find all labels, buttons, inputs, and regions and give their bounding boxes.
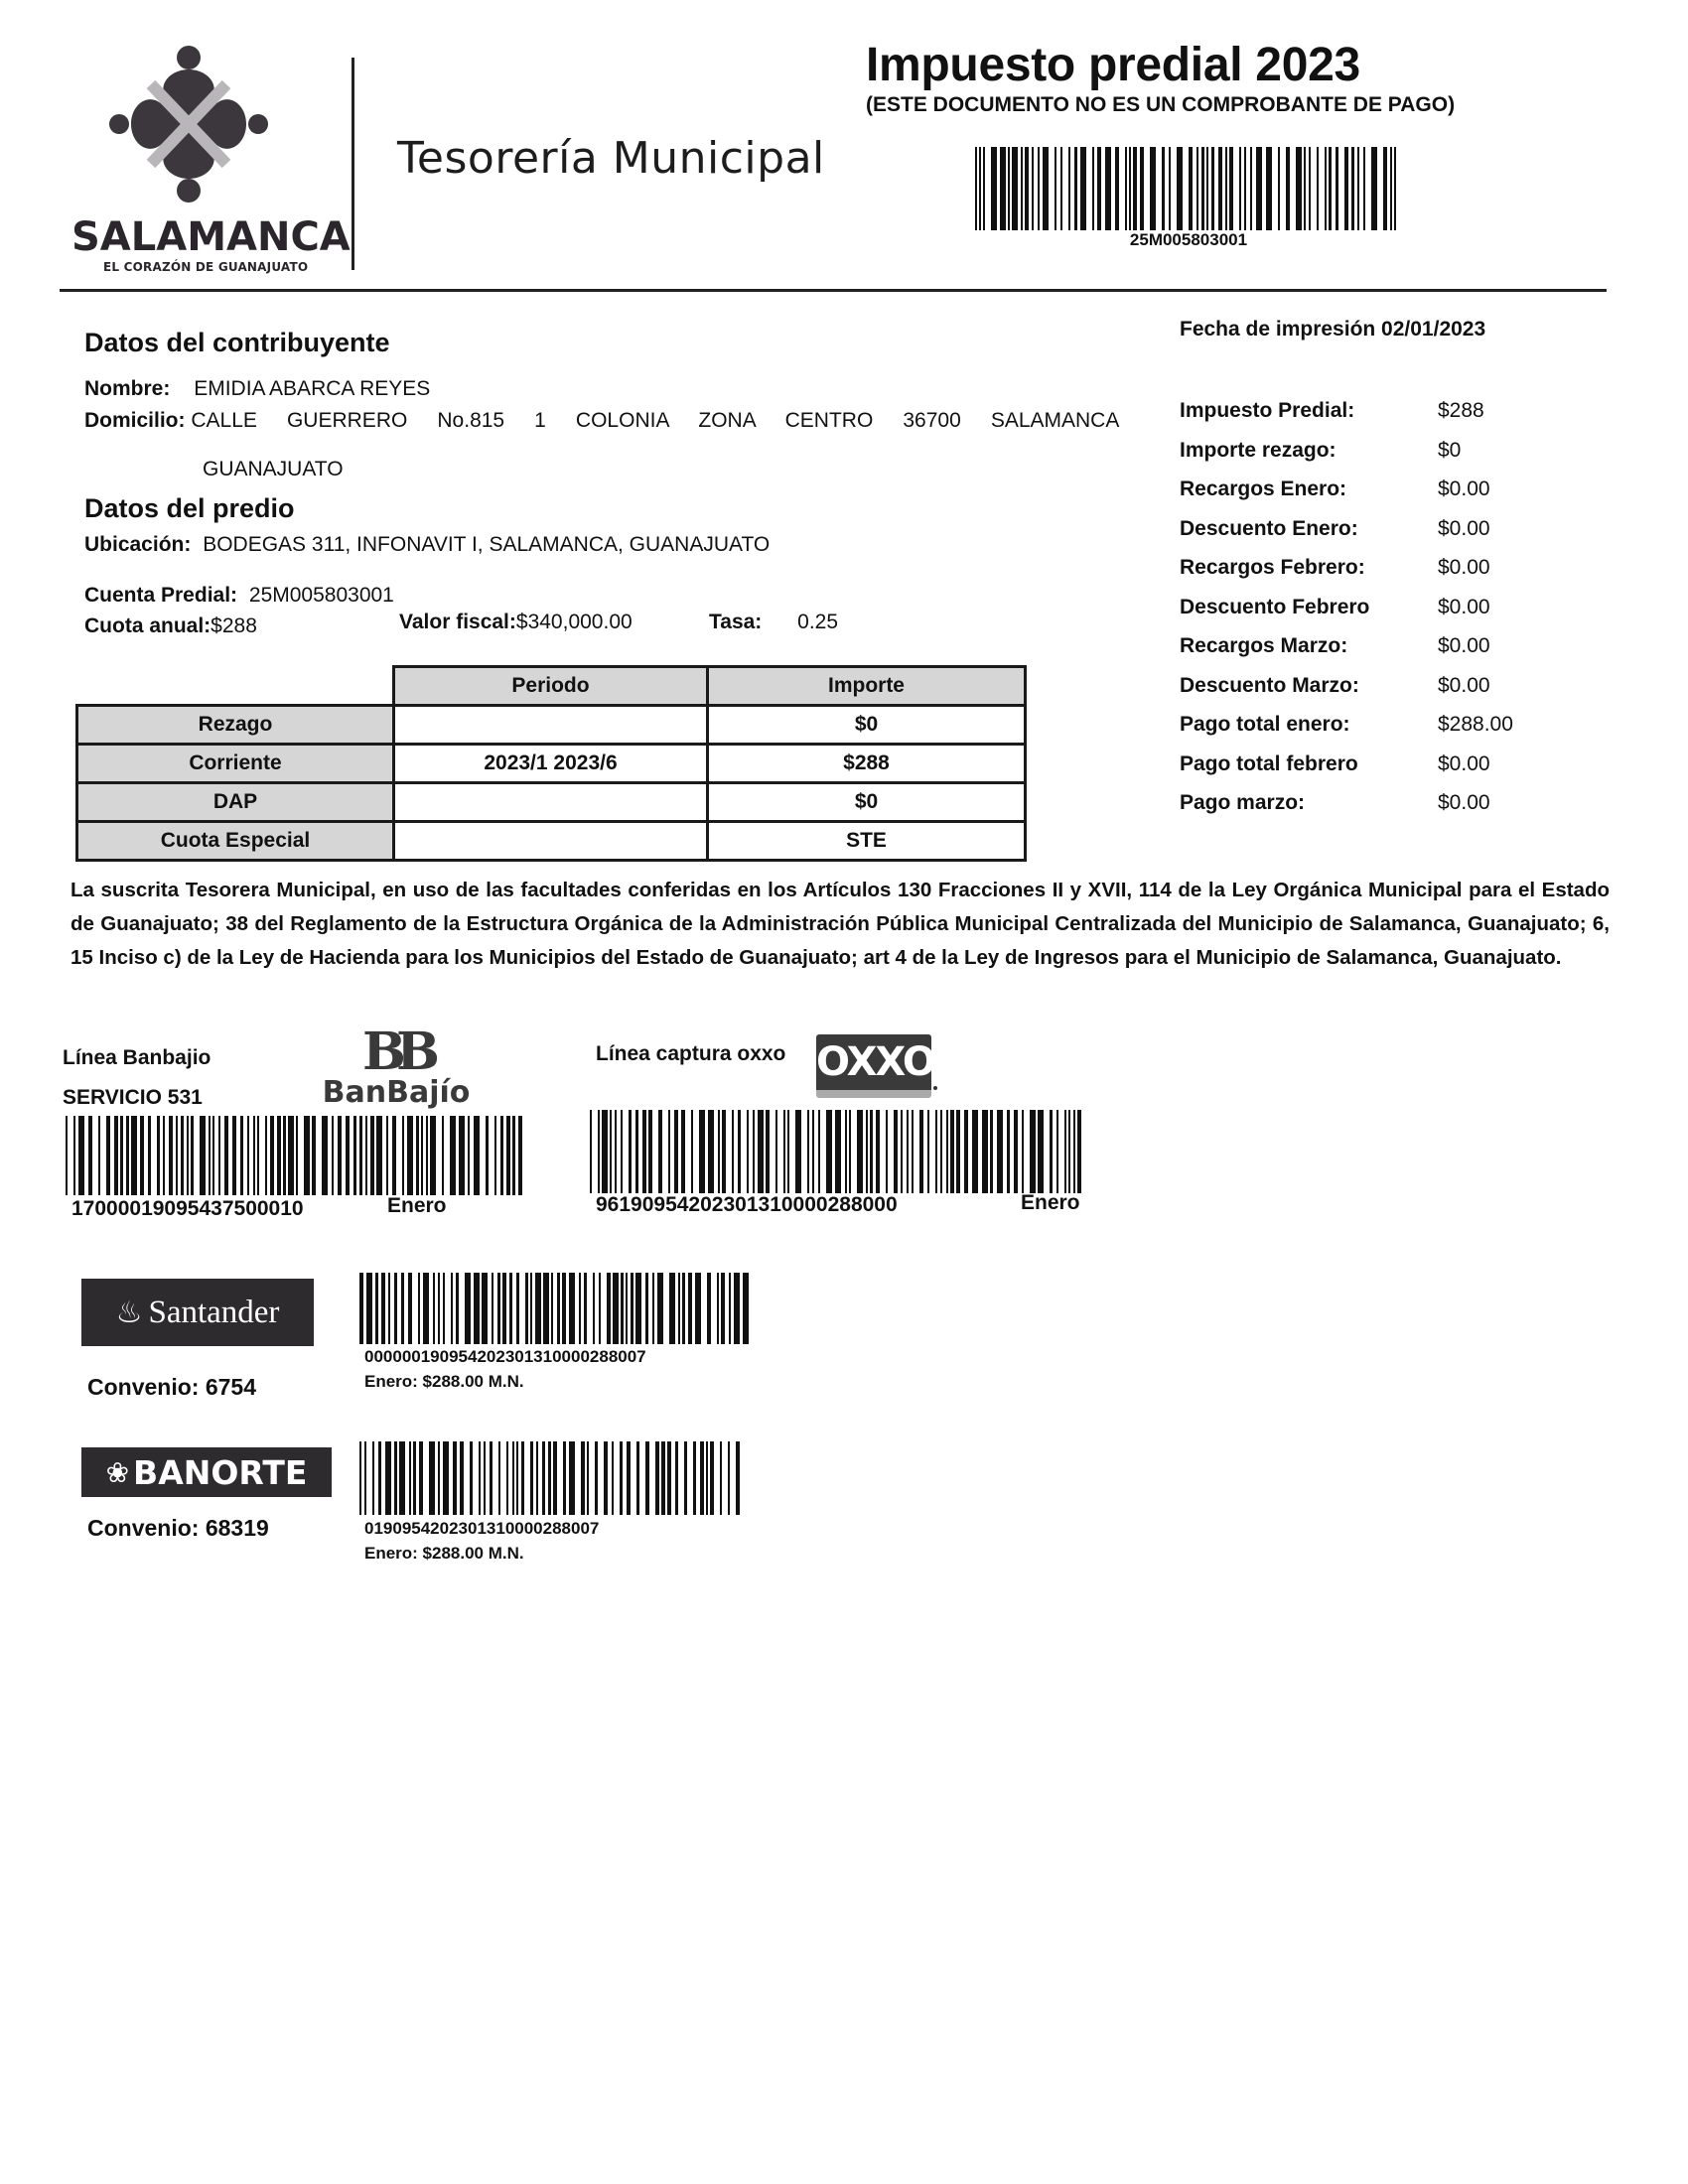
summary-label: Recargos Febrero: — [1180, 556, 1438, 596]
oxxo-barcode — [590, 1110, 1088, 1193]
summary-label: Descuento Enero: — [1180, 517, 1438, 557]
summary-value: $0.00 — [1438, 752, 1490, 792]
banbajio-barcode — [66, 1116, 532, 1195]
banorte-convenio: Convenio: 68319 — [87, 1515, 269, 1542]
banbajio-logo: BB BanBajío — [322, 1028, 471, 1110]
summary-row: Pago total enero:$288.00 — [1180, 713, 1513, 752]
salamanca-emblem-icon — [109, 40, 268, 208]
header-divider — [352, 58, 354, 270]
oxxo-logo: OXXO — [816, 1034, 931, 1098]
summary-value: $0.00 — [1438, 674, 1490, 714]
summary-value: $0.00 — [1438, 634, 1490, 674]
banorte-logo: ❀ BANORTE — [81, 1447, 332, 1497]
table-corner — [77, 667, 394, 706]
domicilio-row: Domicilio: CALLE GUERRERO No.815 1 COLON… — [84, 409, 1127, 433]
ubicacion-value: BODEGAS 311, INFONAVIT I, SALAMANCA, GUA… — [203, 533, 770, 556]
banbajio-code: 17000019095437500010 — [71, 1197, 304, 1221]
oxxo-code: 96190954202301310000288000 — [596, 1193, 898, 1217]
nombre-row: Nombre: EMIDIA ABARCA REYES — [84, 377, 430, 401]
summary-label: Pago total enero: — [1180, 713, 1438, 752]
santander-amount: Enero: $288.00 M.N. — [364, 1372, 524, 1392]
ubicacion-label: Ubicación: — [84, 533, 191, 556]
table-row: Rezago$0 — [77, 706, 1026, 745]
oxxo-month: Enero — [1021, 1191, 1080, 1215]
ubicacion-row: Ubicación: BODEGAS 311, INFONAVIT I, SAL… — [84, 533, 770, 557]
valor-fiscal-label: Valor fiscal: — [399, 611, 516, 633]
oxxo-label: Línea captura oxxo — [596, 1042, 785, 1066]
header-rule — [60, 289, 1607, 292]
summary-row: Recargos Febrero:$0.00 — [1180, 556, 1513, 596]
predio-heading: Datos del predio — [84, 493, 295, 524]
summary-row: Pago total febrero$0.00 — [1180, 752, 1513, 792]
summary-row: Pago marzo:$0.00 — [1180, 791, 1513, 831]
row-periodo: 2023/1 2023/6 — [394, 745, 708, 783]
row-importe: $0 — [708, 783, 1026, 822]
santander-barcode — [359, 1273, 749, 1344]
contribuyente-heading: Datos del contribuyente — [84, 328, 390, 358]
summary-value: $0.00 — [1438, 596, 1490, 635]
summary-label: Impuesto Predial: — [1180, 399, 1438, 439]
cuenta-label: Cuenta Predial: — [84, 584, 237, 607]
nombre-value: EMIDIA ABARCA REYES — [194, 377, 430, 400]
municipality-tagline: EL CORAZÓN DE GUANAJUATO — [103, 260, 308, 274]
nombre-label: Nombre: — [84, 377, 170, 400]
row-importe: STE — [708, 822, 1026, 861]
row-concept: Cuota Especial — [77, 822, 394, 861]
domicilio-value-line2: GUANAJUATO — [203, 458, 344, 481]
oxxo-logo-dot — [933, 1086, 937, 1090]
row-concept: DAP — [77, 783, 394, 822]
table-row: Cuota EspecialSTE — [77, 822, 1026, 861]
row-importe: $0 — [708, 706, 1026, 745]
banorte-symbol-icon: ❀ — [106, 1456, 129, 1489]
cuenta-row: Cuenta Predial: 25M005803001 — [84, 584, 394, 608]
banorte-code: 0190954202301310000288007 — [364, 1519, 599, 1539]
legal-text: La suscrita Tesorera Municipal, en uso d… — [70, 874, 1610, 975]
row-periodo — [394, 706, 708, 745]
payment-summary: Impuesto Predial:$288Importe rezago:$0Re… — [1180, 399, 1513, 831]
row-periodo — [394, 822, 708, 861]
summary-label: Recargos Enero: — [1180, 478, 1438, 517]
banbajio-mark-icon: BB — [322, 1028, 471, 1076]
banbajio-wordmark: BanBajío — [322, 1076, 471, 1110]
table-row: Corriente2023/1 2023/6$288 — [77, 745, 1026, 783]
valor-fiscal-value: $340,000.00 — [516, 611, 633, 633]
tasa-row: Tasa: 0.25 — [709, 611, 838, 634]
santander-logo: ♨ Santander — [81, 1279, 314, 1346]
municipality-name: SALAMANCA — [71, 214, 351, 260]
domicilio-value-line1: CALLE GUERRERO No.815 1 COLONIA ZONA CEN… — [191, 409, 1119, 433]
banbajio-label: Línea Banbajio — [63, 1046, 211, 1070]
row-concept: Corriente — [77, 745, 394, 783]
tasa-label: Tasa: — [709, 611, 762, 633]
summary-value: $0.00 — [1438, 478, 1490, 517]
banorte-barcode — [359, 1441, 749, 1515]
summary-value: $0.00 — [1438, 556, 1490, 596]
summary-row: Impuesto Predial:$288 — [1180, 399, 1513, 439]
valor-fiscal-row: Valor fiscal:$340,000.00 — [399, 611, 633, 634]
summary-label: Importe rezago: — [1180, 439, 1438, 478]
banbajio-service: SERVICIO 531 — [63, 1086, 203, 1110]
header-periodo: Periodo — [394, 667, 708, 706]
period-table-header: Periodo Importe — [77, 667, 1026, 706]
header-importe: Importe — [708, 667, 1026, 706]
cuota-row: Cuota anual:$288 — [84, 614, 257, 638]
summary-row: Descuento Marzo:$0.00 — [1180, 674, 1513, 714]
cuota-label: Cuota anual: — [84, 614, 211, 637]
summary-label: Pago total febrero — [1180, 752, 1438, 792]
period-table: Periodo Importe Rezago$0Corriente2023/1 … — [75, 665, 1027, 862]
summary-label: Pago marzo: — [1180, 791, 1438, 831]
account-barcode-label: 25M005803001 — [975, 230, 1402, 250]
cuota-value: $288 — [211, 614, 257, 637]
department-name: Tesorería Municipal — [397, 133, 825, 184]
table-row: DAP$0 — [77, 783, 1026, 822]
santander-code: 000000190954202301310000288007 — [364, 1347, 646, 1367]
santander-convenio: Convenio: 6754 — [87, 1374, 256, 1401]
document-title: Impuesto predial 2023 — [866, 38, 1360, 92]
summary-row: Recargos Marzo:$0.00 — [1180, 634, 1513, 674]
cuenta-value: 25M005803001 — [249, 584, 394, 607]
summary-label: Descuento Marzo: — [1180, 674, 1438, 714]
account-barcode — [975, 147, 1402, 230]
summary-row: Descuento Enero:$0.00 — [1180, 517, 1513, 557]
summary-label: Recargos Marzo: — [1180, 634, 1438, 674]
summary-value: $0.00 — [1438, 791, 1490, 831]
banbajio-month: Enero — [387, 1194, 447, 1218]
banorte-wordmark: BANORTE — [133, 1453, 307, 1492]
row-importe: $288 — [708, 745, 1026, 783]
summary-row: Descuento Febrero$0.00 — [1180, 596, 1513, 635]
tasa-value: 0.25 — [797, 611, 838, 633]
summary-row: Recargos Enero:$0.00 — [1180, 478, 1513, 517]
row-periodo — [394, 783, 708, 822]
banorte-amount: Enero: $288.00 M.N. — [364, 1544, 524, 1564]
summary-row: Importe rezago:$0 — [1180, 439, 1513, 478]
domicilio-label: Domicilio: — [84, 409, 186, 432]
summary-value: $0 — [1438, 439, 1461, 478]
summary-value: $288.00 — [1438, 713, 1513, 752]
santander-flame-icon: ♨ — [116, 1296, 143, 1330]
summary-label: Descuento Febrero — [1180, 596, 1438, 635]
row-concept: Rezago — [77, 706, 394, 745]
document-subtitle: (ESTE DOCUMENTO NO ES UN COMPROBANTE DE … — [866, 93, 1455, 117]
summary-value: $288 — [1438, 399, 1484, 439]
santander-wordmark: Santander — [148, 1295, 279, 1331]
summary-value: $0.00 — [1438, 517, 1490, 557]
print-date: Fecha de impresión 02/01/2023 — [1180, 318, 1485, 341]
